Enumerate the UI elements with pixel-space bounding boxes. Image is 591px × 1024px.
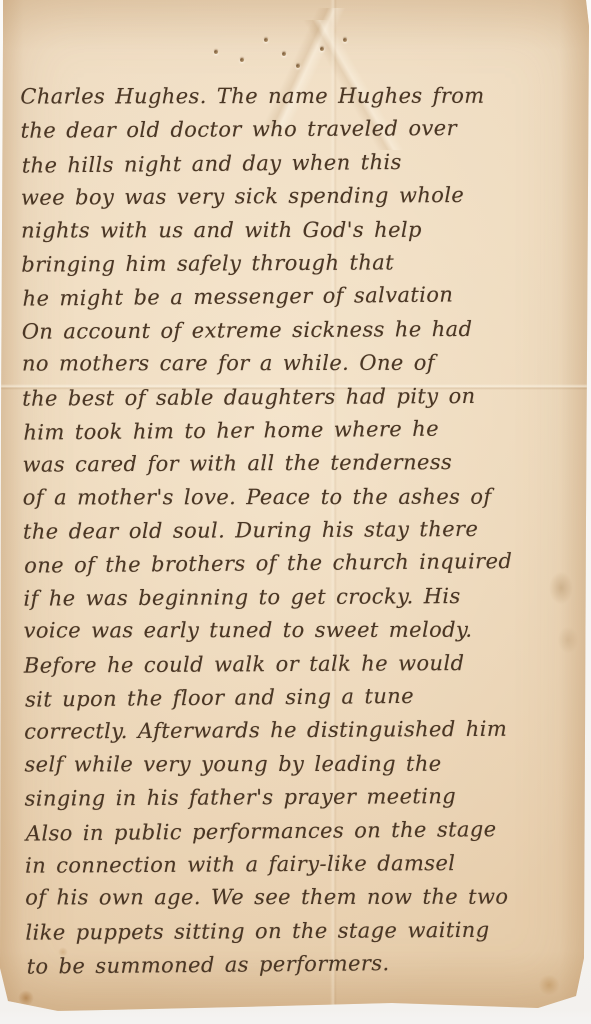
letter-line: he might be a messenger of salvation	[22, 278, 570, 317]
letter-line: of his own age. We see them now the two	[25, 881, 573, 915]
letter-body: Charles Hughes. The name Hughes fromthe …	[20, 78, 573, 983]
letter-line: him took him to her home where he	[23, 411, 571, 450]
pinhole-mark	[296, 64, 300, 68]
letter-line: singing in his father's prayer meeting	[25, 780, 573, 817]
letter-line: Before he could walk or talk he would	[24, 646, 572, 683]
letter-line: to be summoned as performers.	[27, 946, 575, 985]
pinhole-mark	[343, 38, 347, 42]
letter-line: was cared for with all the tenderness	[22, 446, 570, 483]
letter-line: if he was beginning to get crocky. His	[23, 579, 571, 616]
letter-line: the best of sable daughters had pity on	[22, 379, 570, 416]
letter-line: voice was early tuned to sweet melody.	[24, 614, 572, 648]
letter-line: one of the brothers of the church inquir…	[24, 545, 572, 584]
letter-line: like puppets sitting on the stage waitin…	[25, 913, 573, 950]
letter-paper: Charles Hughes. The name Hughes fromthe …	[0, 0, 589, 1012]
letter-line: correctly. Afterwards he distinguished h…	[24, 713, 572, 750]
letter-line: of a mother's love. Peace to the ashes o…	[23, 480, 571, 514]
letter-line: the hills night and day when this	[22, 144, 570, 183]
pinhole-mark	[264, 38, 268, 42]
scan-background-strip	[0, 1010, 591, 1024]
letter-line: no mothers care for a while. One of	[22, 347, 570, 381]
pinhole-mark	[214, 50, 218, 54]
pinhole-mark	[282, 52, 286, 56]
pinhole-mark	[320, 47, 324, 51]
letter-line: On account of extreme sickness he had	[22, 312, 570, 349]
letter-line: in connection with a fairy-like damsel	[25, 846, 573, 883]
letter-line: the dear old doctor who traveled over	[20, 112, 568, 149]
letter-line: Also in public performances on the stage	[26, 812, 574, 851]
letter-line: sit upon the floor and sing a tune	[25, 678, 573, 717]
letter-line: bringing him safely through that	[21, 245, 569, 282]
letter-line: nights with us and with God's help	[21, 213, 569, 247]
scanned-letter: Charles Hughes. The name Hughes fromthe …	[0, 0, 591, 1024]
letter-line: the dear old soul. During his stay there	[23, 512, 571, 549]
letter-line: wee boy was very sick spending whole	[21, 179, 569, 216]
letter-line: self while very young by leading the	[24, 747, 572, 781]
letter-line: Charles Hughes. The name Hughes from	[20, 80, 568, 114]
pinhole-mark	[240, 58, 244, 62]
